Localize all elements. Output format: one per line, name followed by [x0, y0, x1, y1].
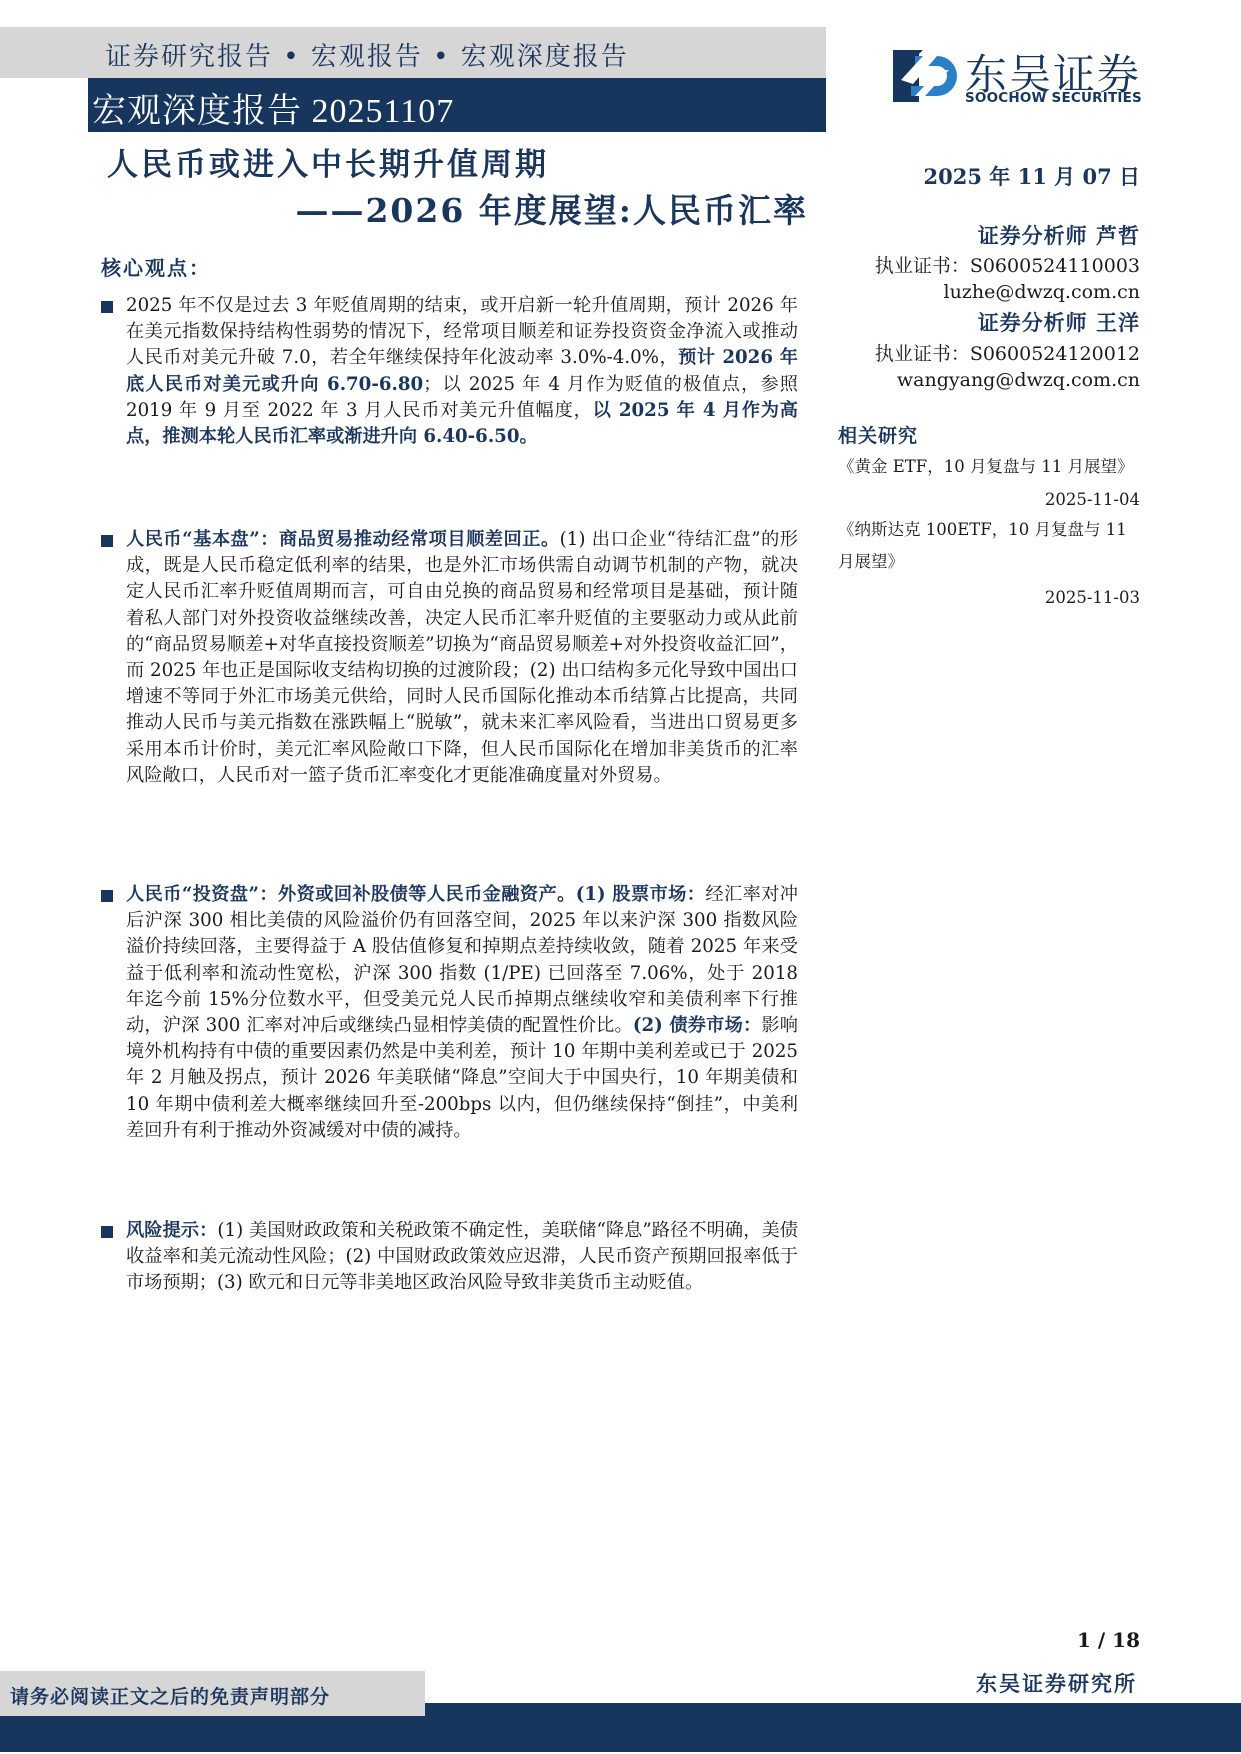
report-subtitle: ——2026 年度展望:人民币汇率 [295, 185, 808, 232]
core-views-heading: 核心观点： [101, 252, 211, 281]
related-research-link[interactable]: 《纳斯达克 100ETF，10 月复盘与 11 月展望》 [838, 514, 1140, 578]
analyst-name: 证券分析师 王洋 [978, 307, 1140, 337]
analyst-name: 证券分析师 芦哲 [978, 220, 1140, 250]
point-highlight: 人民币“基本盘”：商品贸易推动经常项目顺差回正。 [126, 529, 560, 550]
core-point: 人民币“基本盘”：商品贸易推动经常项目顺差回正。(1) 出口企业“待结汇盘”的形… [126, 527, 798, 789]
analyst-cert: 执业证书：S0600524110003 [875, 251, 1140, 278]
point-text: (1) 美国财政政策和关税政策不确定性，美联储“降息”路径不明确，美债收益率和美… [126, 1220, 798, 1293]
point-highlight: 风险提示： [126, 1220, 217, 1241]
core-point: 风险提示：(1) 美国财政政策和关税政策不确定性，美联储“降息”路径不明确，美债… [126, 1218, 798, 1297]
report-type-label: 宏观深度报告 20251107 [92, 83, 454, 132]
related-research-link[interactable]: 《黄金 ETF，10 月复盘与 11 月展望》 [838, 451, 1140, 483]
footer-brand: 东吴证券研究所 [976, 1668, 1137, 1698]
report-date: 2025 年 11 月 07 日 [924, 161, 1140, 191]
analyst-email-link[interactable]: luzhe@dwzq.com.cn [944, 281, 1140, 303]
logo-name-en: SOOCHOW SECURITIES [965, 90, 1142, 106]
bullet-square-icon [101, 535, 113, 547]
header-category-line: 证券研究报告 • 宏观报告 • 宏观深度报告 [105, 36, 629, 73]
related-research-date: 2025-11-03 [1045, 588, 1140, 607]
point-text: (1) 出口企业“待结汇盘”的形成，既是人民币稳定低利率的结果，也是外汇市场供需… [126, 529, 798, 786]
report-title: 人民币或进入中长期升值周期 [107, 139, 549, 184]
disclaimer-note: 请务必阅读正文之后的免责声明部分 [10, 1682, 330, 1709]
analyst-cert: 执业证书：S0600524120012 [875, 339, 1140, 366]
point-highlight: 人民币“投资盘”：外资或回补股债等人民币金融资产。(1) 股票市场： [126, 884, 705, 905]
page-number: 1 / 18 [1077, 1628, 1140, 1652]
related-research-date: 2025-11-04 [1045, 490, 1140, 509]
bullet-square-icon [101, 301, 113, 313]
bullet-square-icon [101, 890, 113, 902]
core-point: 人民币“投资盘”：外资或回补股债等人民币金融资产。(1) 股票市场：经汇率对冲后… [126, 882, 798, 1144]
related-research-heading: 相关研究 [838, 421, 918, 448]
analyst-email-link[interactable]: wangyang@dwzq.com.cn [897, 369, 1140, 391]
core-point: 2025 年不仅是过去 3 年贬值周期的结束，或开启新一轮升值周期，预计 202… [126, 293, 798, 450]
bullet-square-icon [101, 1226, 113, 1238]
point-text: 经汇率对冲后沪深 300 相比美债的风险溢价仍有回落空间，2025 年以来沪深 … [126, 884, 798, 1036]
soochow-logo-icon [893, 50, 959, 102]
company-logo: 东吴证券 SOOCHOW SECURITIES [893, 48, 1153, 108]
point-highlight: (2) 债券市场： [633, 1015, 761, 1036]
